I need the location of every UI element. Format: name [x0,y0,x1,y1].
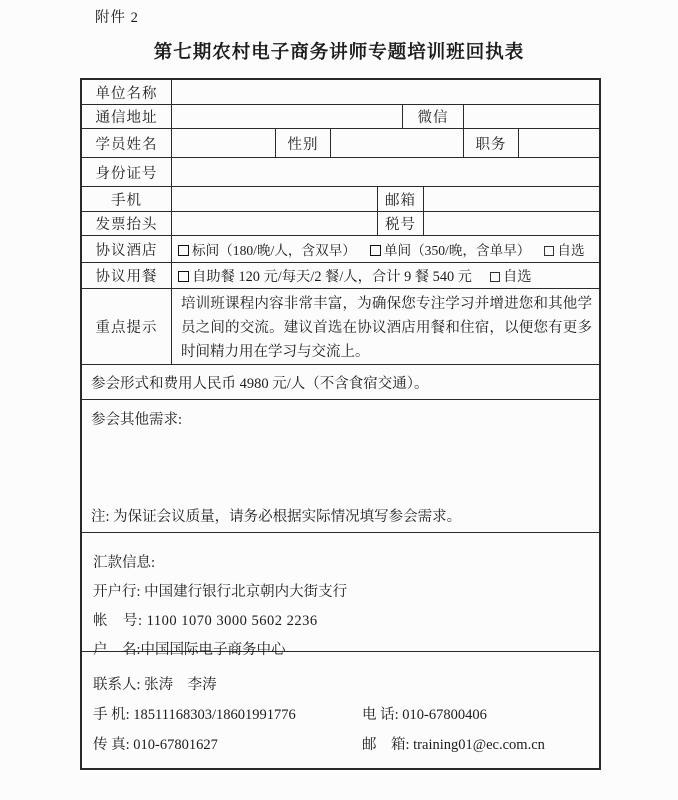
invoice-title-label: 发票抬头 [82,212,172,235]
contact-email: 邮 箱: training01@ec.com.cn [362,730,545,760]
email-label: 邮箱 [378,187,424,211]
other-needs-label: 参会其他需求: [82,400,599,429]
row-invoice: 发票抬头 税号 [82,212,599,236]
meal-option-self[interactable]: 自选 [490,266,532,286]
position-input-cell[interactable] [519,129,599,157]
id-card-label: 身份证号 [82,158,172,186]
remittance-title: 汇款信息: [93,549,599,578]
notice-text: 培训班课程内容非常丰富，为确保您专注学习并增进您和其他学员之间的交流。建议首选在… [172,289,599,364]
row-unit-name: 单位名称 [82,80,599,105]
needs-note: 注: 为保证会议质量，请务必根据实际情况填写参会需求。 [91,505,461,526]
checkbox-icon[interactable] [178,245,189,256]
reply-form-table: 单位名称 通信地址 微信 学员姓名 性别 职务 身份证号 手机 [80,78,601,770]
invoice-input-cell[interactable] [172,212,378,235]
tax-input-cell[interactable] [424,212,599,235]
row-fee: 参会形式和费用人民币 4980 元/人（不含食宿交通）。 [82,365,599,400]
remittance-bank: 开户行: 中国建行银行北京朝内大街支行 [93,578,599,607]
contact-persons: 联系人: 张涛 李涛 [93,670,599,700]
contact-phone: 电 话: 010-67800406 [362,700,487,730]
document-page: 附件 2 第七期农村电子商务讲师专题培训班回执表 单位名称 通信地址 微信 学员… [0,0,678,800]
row-student: 学员姓名 性别 职务 [82,129,599,158]
contact-mobile: 手 机: 18511168303/18601991776 [93,700,362,730]
row-meal: 协议用餐 自助餐 120 元/每天/2 餐/人，合计 9 餐 540 元 自选 [82,263,599,289]
gender-label: 性别 [276,129,331,157]
hotel-option-standard[interactable]: 标间（180/晚/人，含双早） [178,239,356,259]
notice-label: 重点提示 [82,289,172,364]
other-needs-input-area[interactable] [82,429,599,491]
gender-input-cell[interactable] [331,129,464,157]
id-card-input-cell[interactable] [172,158,599,186]
row-mobile: 手机 邮箱 [82,187,599,212]
address-label: 通信地址 [82,105,172,128]
checkbox-icon[interactable] [370,245,381,256]
row-remittance: 汇款信息: 开户行: 中国建行银行北京朝内大街支行 帐 号: 1100 1070… [82,533,599,652]
contact-fax: 传 真: 010-67801627 [93,730,362,760]
remittance-account-number: 帐 号: 1100 1070 3000 5602 2236 [93,607,599,636]
unit-name-input-cell[interactable] [172,80,599,104]
attachment-label: 附件 2 [95,6,139,27]
row-other-needs: 参会其他需求: 注: 为保证会议质量，请务必根据实际情况填写参会需求。 [82,400,599,533]
wechat-label: 微信 [403,105,464,128]
row-hotel: 协议酒店 标间（180/晚/人，含双早） 单间（350/晚，含单早） 自选 [82,236,599,263]
tax-number-label: 税号 [378,212,424,235]
row-contact: 联系人: 张涛 李涛 手 机: 18511168303/18601991776 … [82,652,599,768]
mobile-input-cell[interactable] [172,187,378,211]
hotel-label: 协议酒店 [82,236,172,262]
hotel-options-cell: 标间（180/晚/人，含双早） 单间（350/晚，含单早） 自选 [172,236,599,262]
mobile-label: 手机 [82,187,172,211]
checkbox-icon[interactable] [178,271,189,282]
email-input-cell[interactable] [424,187,599,211]
meal-label: 协议用餐 [82,263,172,288]
student-name-label: 学员姓名 [82,129,172,157]
hotel-option-self[interactable]: 自选 [544,239,584,259]
student-name-input-cell[interactable] [172,129,276,157]
checkbox-icon[interactable] [490,272,500,282]
meal-option-buffet[interactable]: 自助餐 120 元/每天/2 餐/人，合计 9 餐 540 元 [178,266,472,286]
position-label: 职务 [464,129,519,157]
address-input-cell[interactable] [172,105,403,128]
page-title: 第七期农村电子商务讲师专题培训班回执表 [0,38,678,64]
row-notice: 重点提示 培训班课程内容非常丰富，为确保您专注学习并增进您和其他学员之间的交流。… [82,289,599,365]
unit-name-label: 单位名称 [82,80,172,104]
row-id-card: 身份证号 [82,158,599,187]
hotel-option-single[interactable]: 单间（350/晚，含单早） [370,239,531,259]
wechat-input-cell[interactable] [464,105,599,128]
meal-options-cell: 自助餐 120 元/每天/2 餐/人，合计 9 餐 540 元 自选 [172,263,599,288]
row-address: 通信地址 微信 [82,105,599,129]
checkbox-icon[interactable] [544,246,554,256]
